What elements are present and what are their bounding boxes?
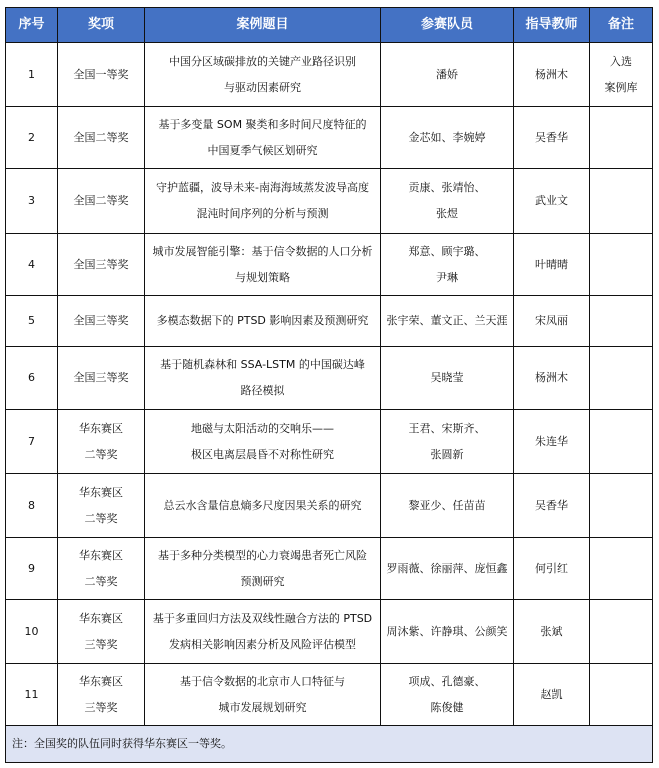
table-row: 6全国三等奖基于随机森林和 SSA-LSTM 的中国碳达峰路径模拟吴晓莹杨洲木 — [6, 347, 653, 410]
cell-award: 华东赛区三等奖 — [58, 664, 145, 726]
cell-note — [590, 474, 653, 538]
cell-no: 7 — [6, 410, 58, 474]
cell-members: 金芯如、李婉婷 — [381, 107, 514, 169]
cell-members-line: 张煜 — [384, 201, 510, 227]
cell-note — [590, 169, 653, 234]
cell-title-line: 预测研究 — [148, 569, 377, 595]
cell-no: 6 — [6, 347, 58, 410]
cell-award-line: 全国二等奖 — [61, 188, 141, 214]
cell-no: 2 — [6, 107, 58, 169]
cell-note — [590, 234, 653, 296]
cell-title-line: 混沌时间序列的分析与预测 — [148, 201, 377, 227]
cell-no: 10 — [6, 600, 58, 664]
cell-members-line: 贡康、张靖怡、 — [384, 175, 510, 201]
cell-award-line: 三等奖 — [61, 695, 141, 721]
cell-title-line: 守护蓝疆，波导未来-南海海域蒸发波导高度 — [148, 175, 377, 201]
cell-advisor: 吴香华 — [514, 107, 590, 169]
cell-no: 4 — [6, 234, 58, 296]
cell-members-line: 潘娇 — [384, 62, 510, 88]
table-row: 3全国二等奖守护蓝疆，波导未来-南海海域蒸发波导高度混沌时间序列的分析与预测贡康… — [6, 169, 653, 234]
cell-award-line: 华东赛区 — [61, 669, 141, 695]
cell-advisor: 赵凯 — [514, 664, 590, 726]
cell-title: 守护蓝疆，波导未来-南海海域蒸发波导高度混沌时间序列的分析与预测 — [145, 169, 381, 234]
table-body: 1全国一等奖中国分区域碳排放的关键产业路径识别与驱动因素研究潘娇杨洲木入选案例库… — [6, 43, 653, 726]
cell-members: 潘娇 — [381, 43, 514, 107]
cell-award-line: 三等奖 — [61, 632, 141, 658]
cell-award-line: 二等奖 — [61, 569, 141, 595]
cell-no: 1 — [6, 43, 58, 107]
cell-advisor: 武业文 — [514, 169, 590, 234]
cell-advisor: 吴香华 — [514, 474, 590, 538]
cell-title: 基于信令数据的北京市人口特征与城市发展规划研究 — [145, 664, 381, 726]
cell-note — [590, 410, 653, 474]
cell-note — [590, 296, 653, 347]
cell-title-line: 城市发展规划研究 — [148, 695, 377, 721]
cell-note-line: 入选 — [593, 49, 649, 75]
cell-award-line: 华东赛区 — [61, 543, 141, 569]
cell-note — [590, 538, 653, 600]
table-row: 7华东赛区二等奖地磁与太阳活动的交响乐——极区电离层晨昏不对称性研究王君、宋斯齐… — [6, 410, 653, 474]
cell-title-line: 发病相关影响因素分析及风险评估模型 — [148, 632, 377, 658]
cell-award: 华东赛区二等奖 — [58, 538, 145, 600]
cell-title-line: 路径模拟 — [148, 378, 377, 404]
header-award: 奖项 — [58, 8, 145, 43]
cell-members: 王君、宋斯齐、张圆新 — [381, 410, 514, 474]
cell-award: 全国二等奖 — [58, 107, 145, 169]
cell-title-line: 基于多变量 SOM 聚类和多时间尺度特征的 — [148, 112, 377, 138]
cell-award-line: 全国三等奖 — [61, 308, 141, 334]
table-row: 5全国三等奖多模态数据下的 PTSD 影响因素及预测研究张宇荣、董文正、兰天涯宋… — [6, 296, 653, 347]
cell-award: 华东赛区二等奖 — [58, 474, 145, 538]
cell-title-line: 极区电离层晨昏不对称性研究 — [148, 442, 377, 468]
cell-title-line: 基于多种分类模型的心力衰竭患者死亡风险 — [148, 543, 377, 569]
header-no: 序号 — [6, 8, 58, 43]
cell-advisor: 朱连华 — [514, 410, 590, 474]
cell-members-line: 张宇荣、董文正、兰天涯 — [384, 308, 510, 334]
table-row: 2全国二等奖基于多变量 SOM 聚类和多时间尺度特征的中国夏季气候区划研究金芯如… — [6, 107, 653, 169]
cell-award: 华东赛区二等奖 — [58, 410, 145, 474]
cell-award: 全国一等奖 — [58, 43, 145, 107]
cell-members-line: 周沐紫、许静琪、公颜笑 — [384, 619, 510, 645]
cell-award: 全国二等奖 — [58, 169, 145, 234]
cell-no: 11 — [6, 664, 58, 726]
cell-award-line: 全国二等奖 — [61, 125, 141, 151]
cell-members: 黎亚少、任苗苗 — [381, 474, 514, 538]
table-row: 10华东赛区三等奖基于多重回归方法及双线性融合方法的 PTSD发病相关影响因素分… — [6, 600, 653, 664]
cell-award-line: 二等奖 — [61, 442, 141, 468]
cell-advisor: 叶晴晴 — [514, 234, 590, 296]
footer-note: 注：全国奖的队伍同时获得华东赛区一等奖。 — [6, 726, 653, 763]
cell-members: 张宇荣、董文正、兰天涯 — [381, 296, 514, 347]
cell-title-line: 与规划策略 — [148, 265, 377, 291]
cell-title: 总云水含量信息熵多尺度因果关系的研究 — [145, 474, 381, 538]
table-header-row: 序号 奖项 案例题目 参赛队员 指导教师 备注 — [6, 8, 653, 43]
cell-title-line: 城市发展智能引擎：基于信令数据的人口分析 — [148, 239, 377, 265]
cell-members: 贡康、张靖怡、张煜 — [381, 169, 514, 234]
cell-advisor: 何引红 — [514, 538, 590, 600]
cell-members-line: 张圆新 — [384, 442, 510, 468]
header-members: 参赛队员 — [381, 8, 514, 43]
cell-members: 周沐紫、许静琪、公颜笑 — [381, 600, 514, 664]
header-advisor: 指导教师 — [514, 8, 590, 43]
cell-title-line: 基于信令数据的北京市人口特征与 — [148, 669, 377, 695]
cell-members-line: 郑意、顾宇璐、 — [384, 239, 510, 265]
cell-award-line: 全国三等奖 — [61, 252, 141, 278]
cell-note — [590, 600, 653, 664]
cell-award: 华东赛区三等奖 — [58, 600, 145, 664]
cell-members-line: 尹琳 — [384, 265, 510, 291]
table-row: 9华东赛区二等奖基于多种分类模型的心力衰竭患者死亡风险预测研究罗雨薇、徐丽萍、庞… — [6, 538, 653, 600]
cell-no: 9 — [6, 538, 58, 600]
cell-title: 基于多重回归方法及双线性融合方法的 PTSD发病相关影响因素分析及风险评估模型 — [145, 600, 381, 664]
awards-table: 序号 奖项 案例题目 参赛队员 指导教师 备注 1全国一等奖中国分区域碳排放的关… — [5, 7, 653, 763]
cell-title-line: 总云水含量信息熵多尺度因果关系的研究 — [148, 493, 377, 519]
cell-members-line: 吴晓莹 — [384, 365, 510, 391]
cell-note — [590, 347, 653, 410]
table-row: 8华东赛区二等奖总云水含量信息熵多尺度因果关系的研究黎亚少、任苗苗吴香华 — [6, 474, 653, 538]
cell-title-line: 中国夏季气候区划研究 — [148, 138, 377, 164]
cell-title-line: 中国分区域碳排放的关键产业路径识别 — [148, 49, 377, 75]
table-row: 1全国一等奖中国分区域碳排放的关键产业路径识别与驱动因素研究潘娇杨洲木入选案例库 — [6, 43, 653, 107]
cell-title-line: 基于随机森林和 SSA-LSTM 的中国碳达峰 — [148, 352, 377, 378]
header-title: 案例题目 — [145, 8, 381, 43]
cell-title: 多模态数据下的 PTSD 影响因素及预测研究 — [145, 296, 381, 347]
cell-title-line: 基于多重回归方法及双线性融合方法的 PTSD — [148, 606, 377, 632]
table-row: 11华东赛区三等奖基于信令数据的北京市人口特征与城市发展规划研究项成、孔德豪、陈… — [6, 664, 653, 726]
cell-award-line: 华东赛区 — [61, 416, 141, 442]
cell-title: 城市发展智能引擎：基于信令数据的人口分析与规划策略 — [145, 234, 381, 296]
cell-title-line: 与驱动因素研究 — [148, 75, 377, 101]
cell-title: 基于多种分类模型的心力衰竭患者死亡风险预测研究 — [145, 538, 381, 600]
cell-title: 中国分区域碳排放的关键产业路径识别与驱动因素研究 — [145, 43, 381, 107]
cell-members: 吴晓莹 — [381, 347, 514, 410]
header-note: 备注 — [590, 8, 653, 43]
cell-no: 5 — [6, 296, 58, 347]
footer-row: 注：全国奖的队伍同时获得华东赛区一等奖。 — [6, 726, 653, 763]
cell-award: 全国三等奖 — [58, 347, 145, 410]
cell-title: 地磁与太阳活动的交响乐——极区电离层晨昏不对称性研究 — [145, 410, 381, 474]
cell-members-line: 黎亚少、任苗苗 — [384, 493, 510, 519]
cell-advisor: 宋凤丽 — [514, 296, 590, 347]
cell-award-line: 华东赛区 — [61, 480, 141, 506]
cell-title: 基于随机森林和 SSA-LSTM 的中国碳达峰路径模拟 — [145, 347, 381, 410]
cell-advisor: 杨洲木 — [514, 43, 590, 107]
cell-award-line: 全国三等奖 — [61, 365, 141, 391]
cell-note-line: 案例库 — [593, 75, 649, 101]
cell-advisor: 张斌 — [514, 600, 590, 664]
cell-note — [590, 107, 653, 169]
cell-members: 郑意、顾宇璐、尹琳 — [381, 234, 514, 296]
cell-title-line: 多模态数据下的 PTSD 影响因素及预测研究 — [148, 308, 377, 334]
cell-members-line: 王君、宋斯齐、 — [384, 416, 510, 442]
cell-award: 全国三等奖 — [58, 234, 145, 296]
cell-title-line: 地磁与太阳活动的交响乐—— — [148, 416, 377, 442]
cell-advisor: 杨洲木 — [514, 347, 590, 410]
cell-note: 入选案例库 — [590, 43, 653, 107]
cell-award-line: 全国一等奖 — [61, 62, 141, 88]
table-row: 4全国三等奖城市发展智能引擎：基于信令数据的人口分析与规划策略郑意、顾宇璐、尹琳… — [6, 234, 653, 296]
cell-members: 罗雨薇、徐丽萍、庞恒鑫 — [381, 538, 514, 600]
cell-note — [590, 664, 653, 726]
cell-members-line: 罗雨薇、徐丽萍、庞恒鑫 — [384, 556, 510, 582]
cell-no: 8 — [6, 474, 58, 538]
cell-award: 全国三等奖 — [58, 296, 145, 347]
cell-members: 项成、孔德豪、陈俊健 — [381, 664, 514, 726]
cell-title: 基于多变量 SOM 聚类和多时间尺度特征的中国夏季气候区划研究 — [145, 107, 381, 169]
cell-no: 3 — [6, 169, 58, 234]
cell-members-line: 项成、孔德豪、 — [384, 669, 510, 695]
cell-members-line: 金芯如、李婉婷 — [384, 125, 510, 151]
cell-award-line: 华东赛区 — [61, 606, 141, 632]
cell-members-line: 陈俊健 — [384, 695, 510, 721]
cell-award-line: 二等奖 — [61, 506, 141, 532]
